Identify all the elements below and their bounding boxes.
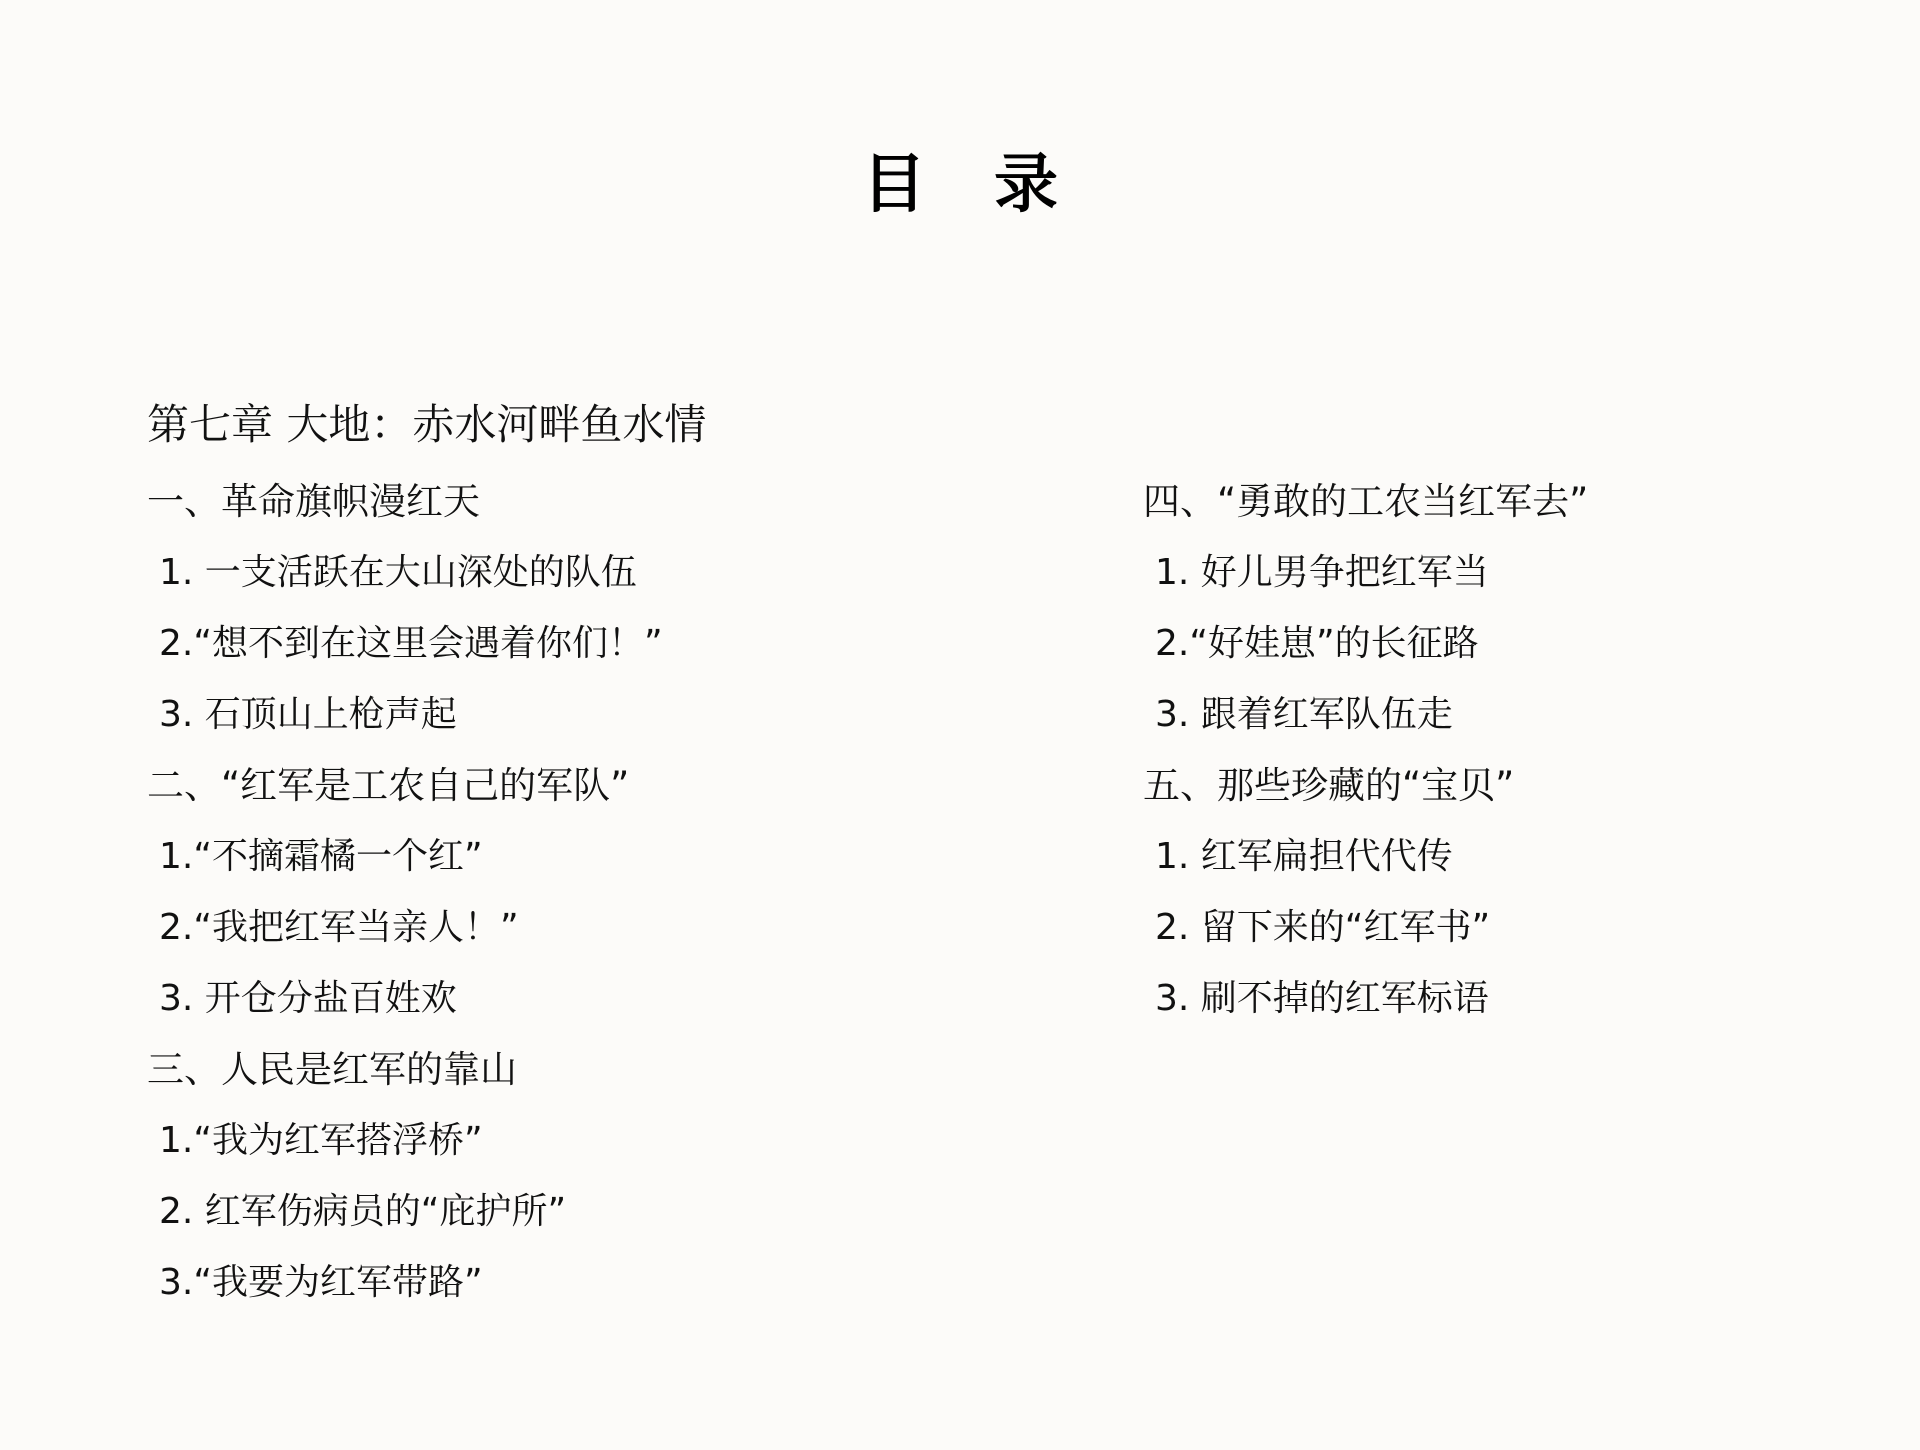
title-char-2: 录 xyxy=(994,140,1058,230)
section-heading-5[interactable]: 五、那些珍藏的“宝贝” xyxy=(1143,756,1514,816)
toc-item[interactable]: 1. 好儿男争把红军当 xyxy=(1155,543,1489,603)
toc-item[interactable]: 2. 留下来的“红军书” xyxy=(1155,898,1490,958)
section-heading-4[interactable]: 四、“勇敢的工农当红军去” xyxy=(1143,472,1588,532)
toc-item[interactable]: 3. 刷不掉的红军标语 xyxy=(1155,969,1489,1029)
section-heading-1[interactable]: 一、革命旗帜漫红天 xyxy=(147,472,480,532)
section-heading-2[interactable]: 二、“红军是工农自己的军队” xyxy=(147,756,629,816)
toc-item[interactable]: 3.“我要为红军带路” xyxy=(159,1253,483,1313)
toc-item[interactable]: 1. 红军扁担代代传 xyxy=(1155,827,1453,887)
toc-item[interactable]: 3. 石顶山上枪声起 xyxy=(159,685,457,745)
section-heading-3[interactable]: 三、人民是红军的靠山 xyxy=(147,1040,517,1100)
chapter-heading[interactable]: 第七章 大地：赤水河畔鱼水情 xyxy=(147,395,706,455)
toc-item[interactable]: 2.“想不到在这里会遇着你们！” xyxy=(159,614,663,674)
toc-item[interactable]: 1. 一支活跃在大山深处的队伍 xyxy=(159,543,637,603)
toc-item[interactable]: 3. 跟着红军队伍走 xyxy=(1155,685,1453,745)
toc-item[interactable]: 2. 红军伤病员的“庇护所” xyxy=(159,1182,566,1242)
toc-item[interactable]: 3. 开仓分盐百姓欢 xyxy=(159,969,457,1029)
toc-item[interactable]: 1.“我为红军搭浮桥” xyxy=(159,1111,483,1171)
toc-item[interactable]: 2.“好娃崽”的长征路 xyxy=(1155,614,1479,674)
toc-item[interactable]: 2.“我把红军当亲人！” xyxy=(159,898,519,958)
toc-item[interactable]: 1.“不摘霜橘一个红” xyxy=(159,827,483,887)
page-title: 目录 xyxy=(0,140,1920,230)
title-char-1: 目 xyxy=(862,140,926,230)
